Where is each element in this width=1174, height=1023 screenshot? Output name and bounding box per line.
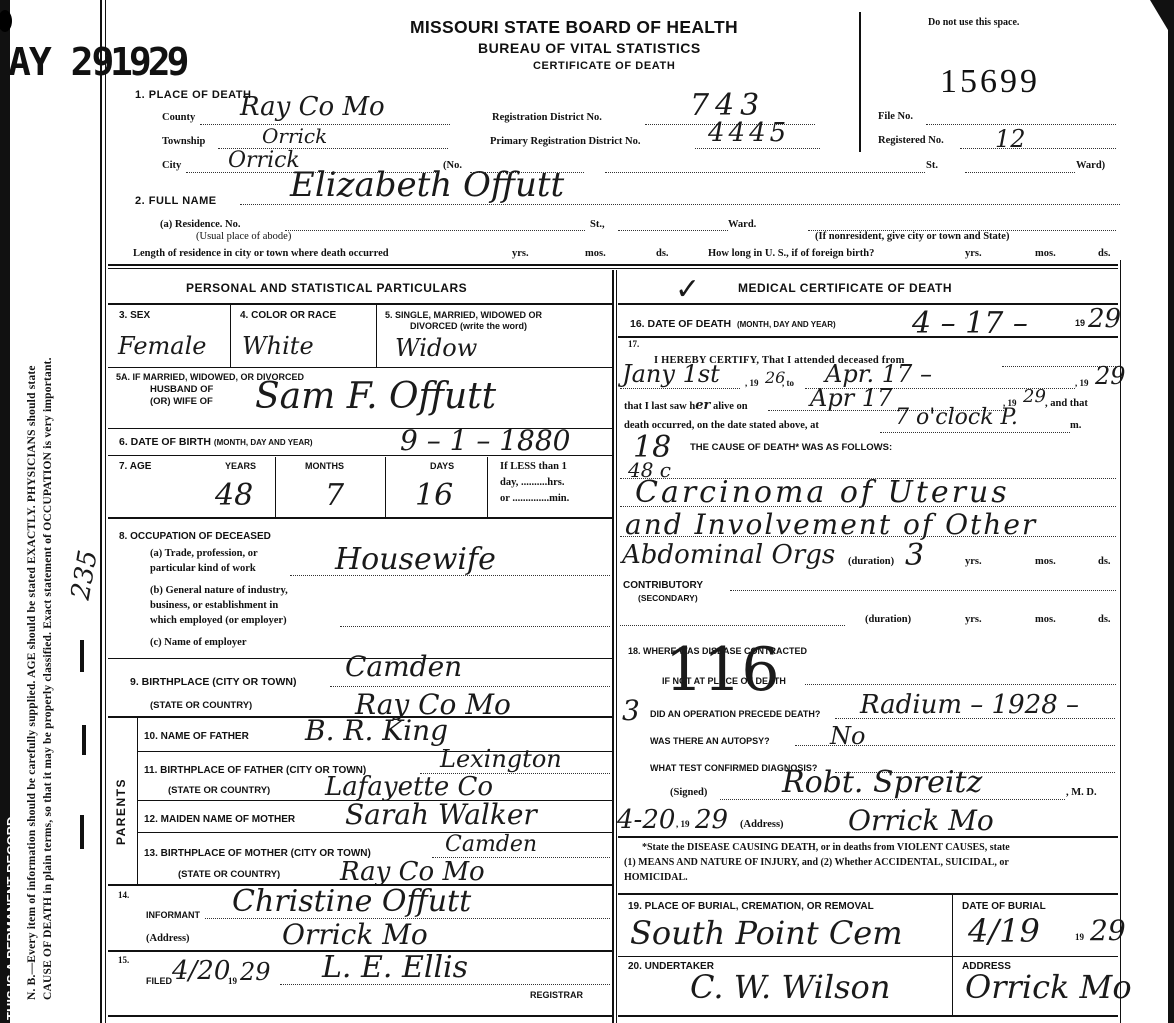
cert-num: 17. bbox=[628, 339, 639, 349]
length-ds-label: ds. bbox=[656, 248, 669, 259]
cause-line-2-rule bbox=[620, 536, 1116, 537]
contributory-field[interactable] bbox=[730, 590, 1116, 591]
header-bottom-rule-2 bbox=[108, 268, 1118, 269]
length-mos-label: mos. bbox=[585, 248, 606, 259]
spouse-value[interactable]: Sam F. Offutt bbox=[255, 376, 496, 417]
burial-date-value[interactable]: 4/19 bbox=[968, 912, 1040, 950]
dod-label: 16. DATE OF DEATH (MONTH, DAY AND YEAR) bbox=[630, 318, 836, 330]
dob-label: 6. DATE OF BIRTH (MONTH, DAY AND YEAR) bbox=[119, 436, 313, 448]
medical-check-mark: ✓ bbox=[675, 272, 700, 307]
less-day-label: day, ..........hrs. bbox=[500, 477, 564, 488]
mother-name-value[interactable]: Sarah Walker bbox=[345, 798, 537, 831]
signed-date[interactable]: 4-20 bbox=[617, 805, 675, 835]
registered-no-field[interactable] bbox=[960, 148, 1116, 149]
city-ward-field[interactable] bbox=[965, 172, 1075, 173]
informant-num: 14. bbox=[118, 890, 129, 900]
where-contracted-field[interactable] bbox=[805, 684, 1116, 685]
md-label: , M. D. bbox=[1066, 787, 1097, 798]
footnote-line-2: (1) MEANS AND NATURE OF INJURY, and (2) … bbox=[624, 857, 1009, 868]
registered-no-value: 12 bbox=[995, 125, 1026, 153]
place-of-death-label: 1. PLACE OF DEATH bbox=[135, 89, 251, 101]
attended-to-year-prefix: , 19 bbox=[1075, 378, 1089, 388]
occ-a-label-2: particular kind of work bbox=[150, 563, 256, 574]
footnote-line-3: HOMICIDAL. bbox=[624, 872, 688, 883]
header-bottom-rule bbox=[108, 264, 1118, 266]
header-divider bbox=[859, 12, 861, 152]
contributory-label: CONTRIBUTORY bbox=[623, 580, 703, 591]
margin-tick-2 bbox=[82, 725, 86, 755]
occ-b-label-3: which employed (or employer) bbox=[150, 615, 287, 626]
father-name-value[interactable]: B. R. King bbox=[305, 714, 448, 747]
months-value[interactable]: 7 bbox=[325, 478, 344, 513]
occ-b-label-2: business, or establishment in bbox=[150, 600, 278, 611]
residence-ward-label: Ward. bbox=[728, 219, 756, 230]
outer-border-right bbox=[1120, 260, 1121, 1023]
burial-place-label: 19. PLACE OF BURIAL, CREMATION, OR REMOV… bbox=[628, 901, 874, 912]
bottom-rule-left bbox=[108, 1015, 612, 1017]
autopsy-value[interactable]: No bbox=[830, 722, 865, 750]
us-mos-label: mos. bbox=[1035, 248, 1056, 259]
file-no-label: File No. bbox=[878, 111, 913, 122]
filed-num: 15. bbox=[118, 955, 129, 965]
row-rule-footnote bbox=[618, 893, 1118, 895]
medical-title-rule bbox=[618, 303, 1118, 305]
row-rule-burial bbox=[618, 956, 1118, 957]
contributory-yrs-label: yrs. bbox=[965, 614, 982, 625]
less-than-label: If LESS than 1 bbox=[500, 461, 567, 472]
mother-name-label: 12. MAIDEN NAME OF MOTHER bbox=[144, 814, 295, 825]
age-divider-2 bbox=[385, 457, 386, 517]
row-rule-dod bbox=[618, 336, 1118, 338]
father-state-label: (STATE OR COUNTRY) bbox=[168, 785, 270, 796]
margin-tick-3 bbox=[80, 815, 84, 849]
sex-divider bbox=[230, 305, 231, 367]
years-value[interactable]: 48 bbox=[215, 478, 253, 513]
duration-ds-label: ds. bbox=[1098, 556, 1111, 567]
burial-date-label: DATE OF BURIAL bbox=[962, 901, 1046, 912]
burial-year-prefix: 19 bbox=[1075, 932, 1084, 942]
duration-years[interactable]: 3 bbox=[905, 538, 924, 573]
marital-label: 5. SINGLE, MARRIED, WIDOWED OR bbox=[385, 310, 542, 320]
parents-divider bbox=[137, 718, 138, 885]
birthplace-state-label: (STATE OR COUNTRY) bbox=[150, 700, 252, 711]
and-that-label: , and that bbox=[1045, 398, 1088, 409]
burial-place-value[interactable]: South Point Cem bbox=[630, 914, 903, 952]
informant-value: Christine Offutt bbox=[232, 884, 471, 919]
spouse-label-2: HUSBAND OF bbox=[150, 384, 213, 395]
age-divider-3 bbox=[487, 457, 488, 517]
city-label: City bbox=[162, 160, 181, 171]
outer-border-left bbox=[100, 0, 102, 1023]
stamp-year: 1929 bbox=[110, 40, 186, 84]
reg-district-label: Registration District No. bbox=[492, 112, 602, 123]
signed-label: (Signed) bbox=[670, 787, 707, 798]
city-value: Orrick bbox=[228, 148, 300, 173]
contributory-ds-label: ds. bbox=[1098, 614, 1111, 625]
residence-st-label: St., bbox=[590, 219, 605, 230]
form-subtitle: BUREAU OF VITAL STATISTICS bbox=[478, 40, 701, 56]
occ-a-value: Housewife bbox=[335, 542, 496, 577]
informant-address-value[interactable]: Orrick Mo bbox=[282, 918, 428, 951]
full-name-value: Elizabeth Offutt bbox=[290, 165, 564, 205]
birthplace-city-field[interactable] bbox=[330, 686, 610, 687]
permanent-record-text: THIS IS A PERMANENT RECORD bbox=[4, 817, 19, 1020]
age-label: 7. AGE bbox=[119, 461, 151, 472]
cause-line-3[interactable]: Abdominal Orgs bbox=[622, 540, 835, 570]
signed-address-label: (Address) bbox=[740, 819, 784, 830]
full-name-label: 2. FULL NAME bbox=[135, 195, 217, 207]
occ-b-field[interactable] bbox=[340, 626, 610, 627]
attended-from-year-prefix: , 19 bbox=[745, 378, 759, 388]
punch-hole bbox=[0, 10, 12, 32]
filed-year-prefix: 19 bbox=[228, 976, 237, 986]
do-not-use-note: Do not use this space. bbox=[928, 17, 1019, 28]
outer-border-left-2 bbox=[105, 0, 106, 1023]
years-label: YEARS bbox=[225, 461, 256, 471]
medical-section-title: MEDICAL CERTIFICATE OF DEATH bbox=[738, 281, 952, 295]
occ-b-label: (b) General nature of industry, bbox=[150, 585, 288, 596]
row-rule-mother bbox=[138, 832, 612, 833]
duration-label: (duration) bbox=[848, 556, 894, 567]
us-yrs-label: yrs. bbox=[965, 248, 982, 259]
dob-value[interactable]: 9 – 1 – 1880 bbox=[400, 424, 571, 457]
autopsy-label: WAS THERE AN AUTOPSY? bbox=[650, 736, 770, 746]
margin-tick-1 bbox=[80, 640, 84, 672]
nonresident-note: (If nonresident, give city or town and S… bbox=[815, 231, 1009, 242]
occ-a-label: (a) Trade, profession, or bbox=[150, 548, 258, 559]
contributory-sub: (SECONDARY) bbox=[638, 593, 698, 603]
city-ward-label: Ward) bbox=[1076, 160, 1105, 171]
signed-year-prefix: , 19 bbox=[676, 819, 690, 829]
informant-address-label: (Address) bbox=[146, 933, 190, 944]
duration-yrs-label: yrs. bbox=[965, 556, 982, 567]
operation-label: DID AN OPERATION PRECEDE DEATH? bbox=[650, 709, 820, 719]
mother-birthplace-city-value: Camden bbox=[445, 832, 537, 857]
registrar-value: L. E. Ellis bbox=[322, 950, 468, 985]
marital-value[interactable]: Widow bbox=[395, 334, 477, 362]
contributory-duration-label: (duration) bbox=[865, 614, 911, 625]
residence-no-field[interactable] bbox=[285, 230, 585, 231]
color-divider bbox=[376, 305, 377, 367]
signed-value[interactable]: Robt. Spreitz bbox=[782, 765, 982, 800]
margin-handwritten-number: 235 bbox=[66, 548, 104, 602]
filed-year-value: 29 bbox=[240, 958, 271, 986]
right-scan-edge bbox=[1168, 0, 1174, 1023]
death-time-value[interactable]: 7 o'clock P. bbox=[895, 405, 1018, 430]
how-long-us-label: How long in U. S., if of foreign birth? bbox=[708, 248, 874, 259]
sex-value[interactable]: Female bbox=[118, 332, 207, 360]
last-saw-label: that I last saw her alive on bbox=[624, 398, 748, 413]
city-street-field[interactable] bbox=[605, 172, 925, 173]
county-label: County bbox=[162, 112, 195, 123]
contributory-field-2[interactable] bbox=[620, 625, 845, 626]
to-label: , to bbox=[782, 378, 794, 388]
classification-stamp-code: 116 bbox=[665, 635, 780, 705]
marital-label-2: DIVORCED (write the word) bbox=[410, 321, 527, 331]
attended-from-value[interactable]: Jany 1st bbox=[622, 360, 720, 388]
form-title: MISSOURI STATE BOARD OF HEALTH bbox=[410, 17, 738, 38]
residence-label: (a) Residence. No. bbox=[160, 219, 240, 230]
column-divider bbox=[612, 270, 614, 1023]
father-name-label: 10. NAME OF FATHER bbox=[144, 731, 249, 742]
days-value[interactable]: 16 bbox=[415, 478, 453, 513]
nb-instructions-line1: N. B.—Every item of information should b… bbox=[26, 365, 38, 1000]
margin-stamp-date: AY 29 bbox=[8, 40, 112, 84]
row-rule-sex bbox=[108, 367, 612, 368]
residence-sub-label: (Usual place of abode) bbox=[196, 231, 291, 242]
length-yrs-label: yrs. bbox=[512, 248, 529, 259]
m-label: m. bbox=[1070, 420, 1081, 431]
length-residence-label: Length of residence in city or town wher… bbox=[133, 248, 389, 259]
registered-no-label: Registered No. bbox=[878, 135, 944, 146]
parents-label: PARENTS bbox=[114, 778, 128, 845]
operation-value[interactable]: Radium – 1928 – bbox=[860, 690, 1079, 720]
row-rule-signed bbox=[618, 836, 1118, 838]
contributory-mos-label: mos. bbox=[1035, 614, 1056, 625]
form-name: CERTIFICATE OF DEATH bbox=[533, 60, 675, 72]
township-value: Orrick bbox=[262, 124, 327, 148]
age-divider-1 bbox=[275, 457, 276, 517]
birthplace-city-value: Camden bbox=[345, 650, 462, 683]
personal-title-rule bbox=[108, 303, 612, 305]
residence-ward-field[interactable] bbox=[618, 230, 728, 231]
dod-year-value: 29 bbox=[1088, 304, 1121, 334]
county-value: Ray Co Mo bbox=[240, 92, 385, 122]
undertaker-value[interactable]: C. W. Wilson bbox=[690, 968, 890, 1006]
last-saw-year: 29 bbox=[1023, 386, 1046, 407]
mother-birthplace-state-value[interactable]: Ray Co Mo bbox=[340, 857, 485, 887]
mother-birthplace-label: 13. BIRTHPLACE OF MOTHER (CITY OR TOWN) bbox=[144, 848, 371, 859]
color-value[interactable]: White bbox=[242, 332, 314, 360]
attended-from-line bbox=[620, 388, 740, 389]
margin-code: 3 bbox=[622, 694, 640, 727]
mother-state-label: (STATE OR COUNTRY) bbox=[178, 869, 280, 880]
color-label: 4. COLOR OR RACE bbox=[240, 310, 336, 321]
row-rule-dob bbox=[108, 455, 612, 456]
cause-line-1[interactable]: Carcinoma of Uterus bbox=[635, 475, 1010, 510]
footnote-line-1: *State the DISEASE CAUSING DEATH, or in … bbox=[642, 842, 1010, 853]
occupation-label: 8. OCCUPATION OF DECEASED bbox=[119, 531, 271, 542]
city-st-label: St. bbox=[926, 160, 938, 171]
primary-reg-district-value: 4445 bbox=[708, 118, 790, 148]
burial-divider bbox=[952, 895, 953, 1015]
sex-label: 3. SEX bbox=[119, 310, 150, 321]
registrar-label: REGISTRAR bbox=[530, 990, 583, 1000]
days-label: DAYS bbox=[430, 461, 454, 471]
occ-c-label: (c) Name of employer bbox=[150, 637, 247, 648]
township-label: Township bbox=[162, 136, 205, 147]
months-label: MONTHS bbox=[305, 461, 344, 471]
death-time-line bbox=[880, 432, 1070, 433]
column-divider-2 bbox=[616, 270, 617, 1023]
last-saw-date[interactable]: Apr 17 bbox=[810, 384, 892, 412]
cause-line-1-rule bbox=[620, 506, 1116, 507]
less-or-label: or ..............min. bbox=[500, 493, 569, 504]
signed-address-value[interactable]: Orrick Mo bbox=[848, 804, 994, 837]
personal-section-title: PERSONAL AND STATISTICAL PARTICULARS bbox=[186, 281, 467, 295]
stamped-certificate-number: 15699 bbox=[940, 63, 1040, 101]
us-ds-label: ds. bbox=[1098, 248, 1111, 259]
filed-label: FILED bbox=[146, 976, 172, 986]
primary-reg-district-field[interactable] bbox=[695, 148, 820, 149]
signed-year: 29 bbox=[695, 805, 728, 835]
cause-label: THE CAUSE OF DEATH* WAS AS FOLLOWS: bbox=[690, 442, 892, 453]
birthplace-label: 9. BIRTHPLACE (CITY OR TOWN) bbox=[130, 676, 296, 688]
spouse-label-3: (OR) WIFE OF bbox=[150, 396, 213, 407]
primary-reg-district-label: Primary Registration District No. bbox=[490, 136, 640, 147]
dod-year-prefix: 19 bbox=[1075, 318, 1085, 328]
left-margin: THIS IS A PERMANENT RECORD N. B.—Every i… bbox=[0, 0, 100, 1023]
nb-instructions-line2: CAUSE OF DEATH in plain terms, so that i… bbox=[42, 357, 54, 1000]
father-birthplace-city-value: Lexington bbox=[440, 745, 562, 773]
bottom-rule-right bbox=[618, 1015, 1118, 1017]
undertaker-address-value[interactable]: Orrick Mo bbox=[965, 968, 1132, 1006]
row-rule-age bbox=[108, 517, 612, 519]
duration-mos-label: mos. bbox=[1035, 556, 1056, 567]
filed-date-value[interactable]: 4/20 bbox=[172, 956, 230, 986]
informant-label: INFORMANT bbox=[146, 910, 200, 920]
